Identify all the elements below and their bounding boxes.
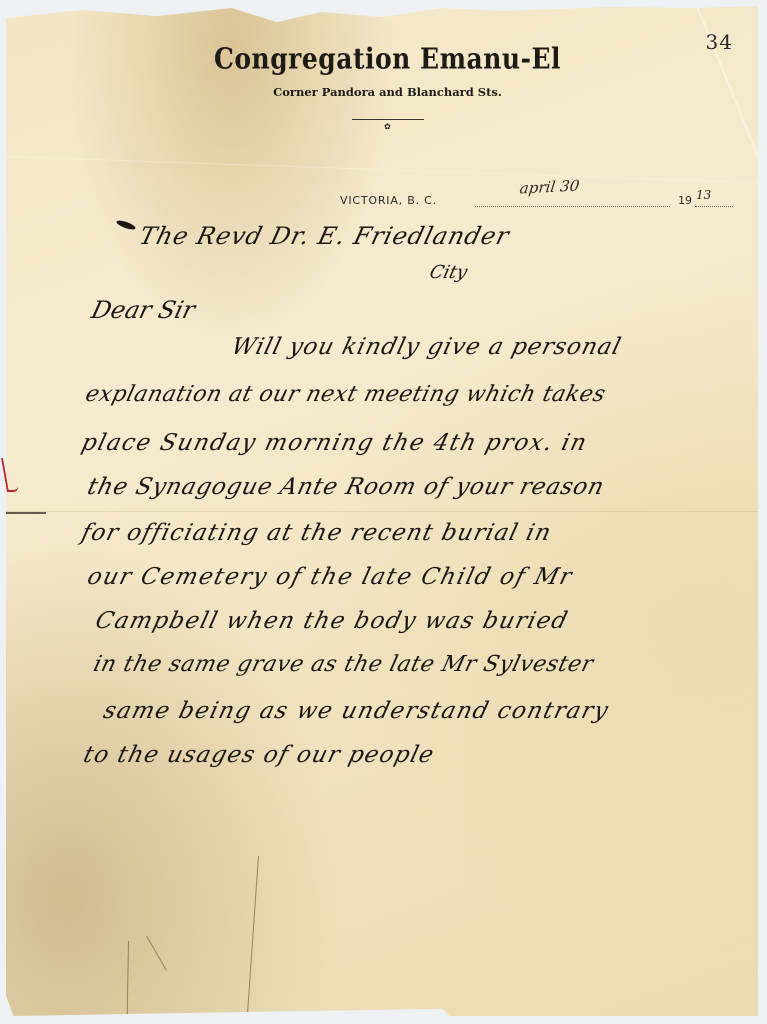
paper-tear [146,936,167,971]
addressee-line-2: City [427,262,469,283]
organization-address: Corner Pandora and Blanchard Sts. [4,85,767,99]
date-dotted-line [475,206,670,207]
body-line: Will you kindly give a personal [229,334,624,360]
body-line: Campbell when the body was buried [93,608,571,634]
dateline-place: VICTORIA, B. C. [340,194,437,207]
body-line: to the usages of our people [81,742,438,768]
body-line: same being as we understand contrary [101,698,612,724]
addressee-line-1: The Revd Dr. E. Friedlander [137,222,513,250]
paper-crease [6,511,766,512]
handwritten-year: 13 [696,188,711,202]
dateline: VICTORIA, B. C. april 30 19 13 [340,192,735,212]
paper-tear [127,941,129,1021]
body-line: for officiating at the recent burial in [79,520,555,546]
year-prefix: 19 [678,194,692,207]
body-line: in the same grave as the late Mr Sylvest… [91,652,596,677]
paper-crease [6,156,766,184]
body-line: our Cemetery of the late Child of Mr [85,564,576,590]
salutation: Dear Sir [89,296,198,324]
year-dotted-line [695,206,733,207]
organization-name: Congregation Emanu-El [214,42,561,75]
margin-ink-line [6,512,46,514]
handwritten-date: april 30 [519,176,581,197]
letterhead: Congregation Emanu-El Corner Pandora and… [0,44,767,131]
body-line: explanation at our next meeting which ta… [83,382,608,407]
paper-tear [246,856,259,1021]
body-line: the Synagogue Ante Room of your reason [85,474,607,500]
body-line: place Sunday morning the 4th prox. in [79,430,591,456]
letter-page [6,6,758,1016]
ornament-icon: ✿ [4,122,767,131]
letterhead-rule [352,119,424,120]
